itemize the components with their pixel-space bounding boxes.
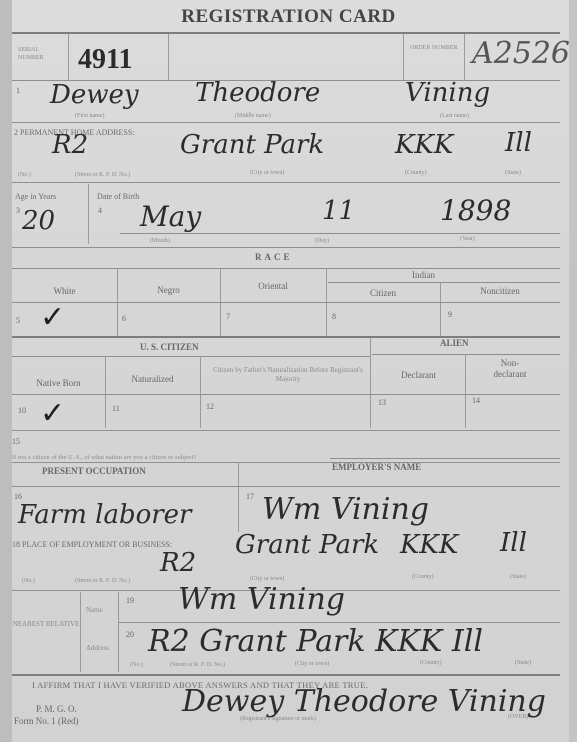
divider [120,233,560,234]
employment-county: KKK [400,530,458,560]
divider [12,268,560,269]
caption: (First name) [75,113,105,119]
caption: (City or town) [250,170,284,176]
field-number: 8 [332,312,336,321]
caption: (Month) [150,238,170,244]
divider [12,394,560,395]
nationality-question: If not a citizen of the U. S., of what n… [12,454,196,461]
citizen-native-label: Native Born [12,378,105,388]
alien-heading: ALIEN [440,338,469,348]
divider [88,184,89,244]
citizen-native-checkbox[interactable]: ✓ [40,396,65,431]
caption: (Last name) [440,113,469,119]
dob-month: May [140,200,201,233]
caption: (State) [515,660,531,666]
citizen-naturalized-label: Naturalized [105,374,200,384]
caption: (No.) [18,172,31,178]
citizen-by-father-label: Citizen by Father's Naturalization Befor… [208,366,368,384]
alien-declarant-label: Declarant [372,370,465,380]
divider [328,282,560,283]
caption: (Street or R. F. D. No.) [75,578,130,584]
caption: (No.) [22,578,35,584]
divider [105,356,106,428]
relative-name: Wm Vining [178,582,345,617]
dob-label: Date of Birth [97,192,139,201]
form-number: Form No. 1 (Red) [14,716,79,726]
divider [330,458,560,459]
field-number: 17 [246,492,254,501]
divider [68,34,69,80]
divider [168,34,169,80]
field-number: 20 [126,630,134,639]
order-number: A2526 [472,36,570,71]
field-number: 14 [472,396,480,405]
employer-value: Wm Vining [262,492,429,527]
caption: (No.) [130,662,143,668]
home-street: R2 [52,130,88,160]
caption: (State) [510,574,526,580]
serial-number: 4911 [78,44,132,76]
caption: (County) [412,574,434,580]
home-city: Grant Park [180,130,324,160]
field-number: 6 [122,314,126,323]
card-title: REGISTRATION CARD [0,6,577,28]
divider [12,356,370,357]
age-value: 20 [22,206,55,236]
alien-nondeclarant-label: Non-declarant [485,358,535,380]
caption: (Day) [315,238,329,244]
employment-city: Grant Park [235,530,379,560]
divider [80,592,81,672]
race-oriental-label: Oriental [220,281,326,291]
dob-day: 11 [322,196,355,226]
field-number: 5 [16,316,20,325]
caption: (City or town) [295,661,329,667]
divider [465,354,466,428]
field-number: 3 [16,206,20,215]
relative-address-label: Address [86,644,109,652]
form-office: P. M. G. O. [36,704,77,714]
divider [12,336,560,338]
caption: (Street or R. F. D. No.) [75,172,130,178]
last-name: Vining [405,78,490,108]
divider [403,34,404,80]
employment-state: Ill [500,528,527,558]
employment-street: R2 [160,548,196,578]
divider [464,34,465,80]
occupation-heading: PRESENT OCCUPATION [42,466,146,476]
caption: (Street or R. F. D. No.) [170,662,225,668]
field-number: 10 [18,406,26,415]
divider [12,674,560,676]
field-number: 9 [448,310,452,319]
first-name: Dewey [50,80,139,110]
race-negro-label: Negro [117,285,220,295]
nearest-relative-label: NEAREST RELATIVE [12,620,80,629]
employer-heading: EMPLOYER'S NAME [332,462,421,472]
field-number: 1 [16,86,20,95]
caption: (Year) [460,236,475,242]
registration-card: REGISTRATION CARD SERIAL NUMBER 4911 ORD… [0,0,577,742]
race-indian-noncitizen-label: Noncitizen [440,286,560,296]
indian-heading: Indian [412,270,435,280]
field-number: 19 [126,596,134,605]
over-label: (OVER) [508,714,528,720]
field-number: 12 [206,402,214,411]
divider [12,302,560,303]
field-number: 11 [112,404,120,413]
middle-name: Theodore [195,78,320,108]
caption: (County) [405,170,427,176]
signature-caption: (Registrant's signature or mark) [240,716,316,722]
dob-year: 1898 [440,194,511,227]
relative-address: R2 Grant Park KKK Ill [148,624,483,659]
divider [372,354,560,355]
age-label: Age in Years [15,192,56,201]
relative-name-label: Name [86,606,103,614]
field-number: 4 [98,206,102,215]
card-edge [0,0,12,742]
divider [12,486,560,487]
divider [118,622,560,623]
race-white-label: White [12,286,117,296]
divider [200,356,201,428]
race-indian-citizen-label: Citizen [326,288,440,298]
divider [12,32,560,34]
caption: (State) [505,170,521,176]
home-county: KKK [395,130,453,160]
divider [12,462,560,463]
divider [12,247,560,248]
order-label: ORDER NUMBER [410,44,460,52]
divider [118,592,119,672]
employment-place-label: 18 PLACE OF EMPLOYMENT OR BUSINESS: [12,540,172,549]
caption: (County) [420,660,442,666]
citizen-heading: U. S. CITIZEN [140,342,199,352]
divider [370,338,371,428]
divider [12,122,560,123]
race-heading: RACE [255,252,293,262]
race-white-checkbox[interactable]: ✓ [40,300,65,335]
serial-label: SERIAL NUMBER [18,46,62,62]
field-number: 7 [226,312,230,321]
field-number: 15 [12,437,20,446]
registrant-signature: Dewey Theodore Vining [182,684,546,719]
divider [12,182,560,183]
divider [238,462,239,532]
occupation-value: Farm laborer [18,500,191,530]
caption: (Middle name) [235,113,271,119]
card-edge [569,0,577,742]
field-number: 13 [378,398,386,407]
home-state: Ill [505,128,532,158]
divider [12,430,560,431]
